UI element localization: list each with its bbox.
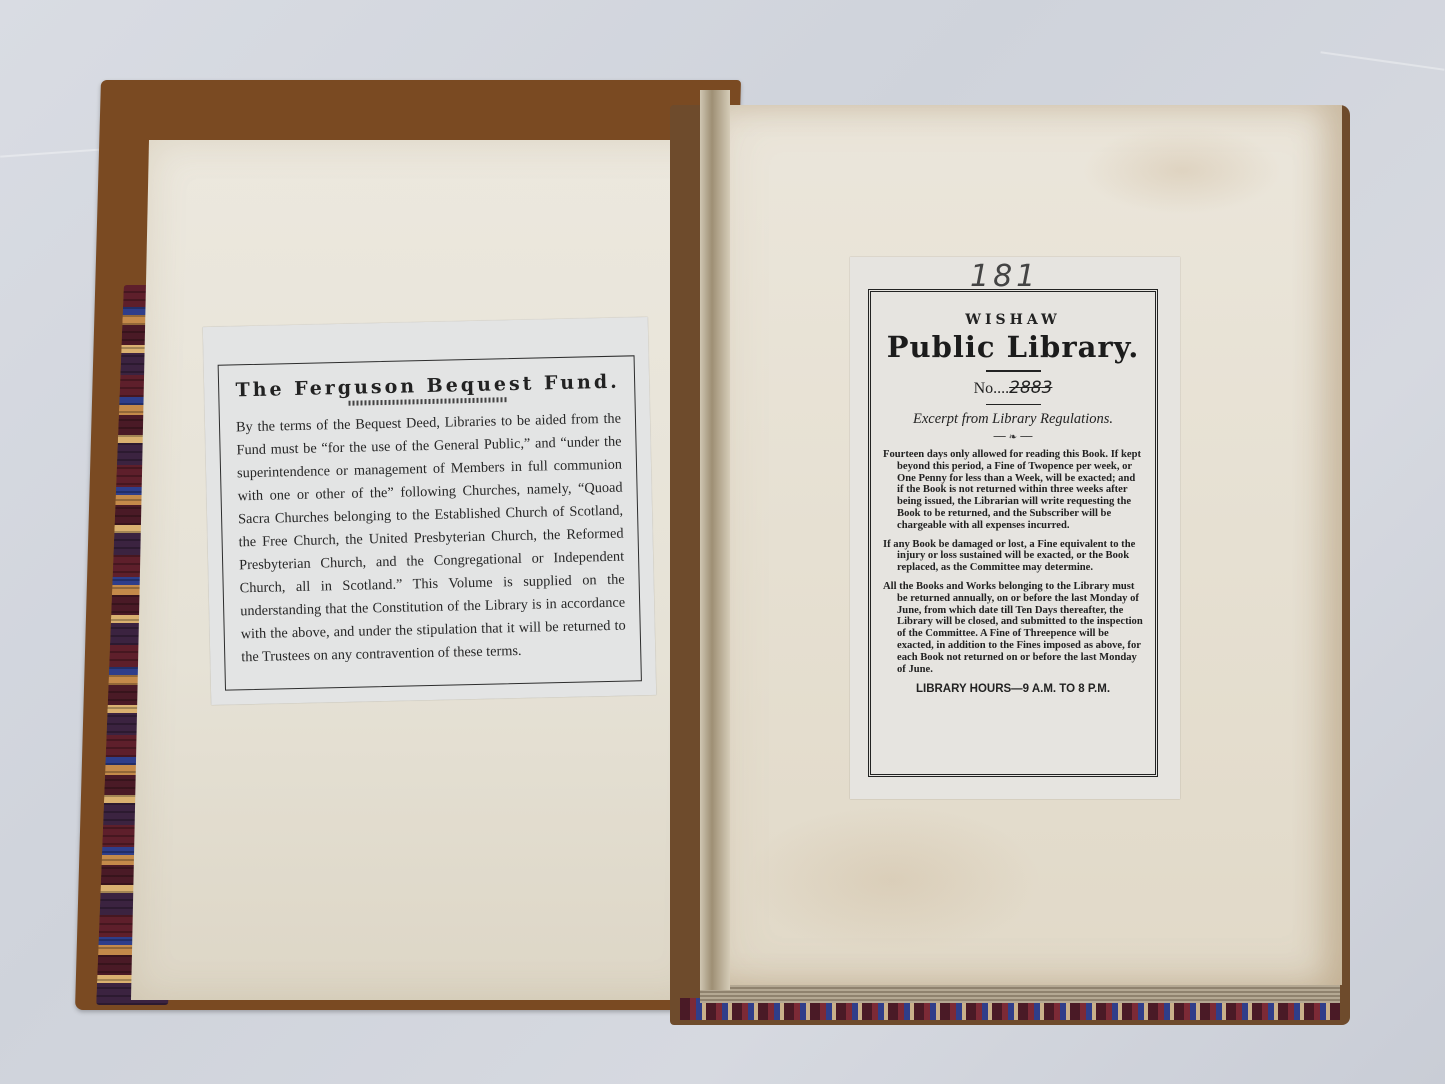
- bookplate-border: WISHAW Public Library. No....2883 Excerp…: [868, 289, 1158, 777]
- decorative-rule: [348, 397, 508, 406]
- regulations-heading: Excerpt from Library Regulations.: [883, 411, 1143, 428]
- book-spine-gutter: [700, 90, 730, 990]
- library-hours: LIBRARY HOURS—9 A.M. TO 8 P.M.: [883, 683, 1143, 695]
- foxing-stain: [1082, 125, 1282, 215]
- bookplate-title: The Ferguson Bequest Fund.: [235, 371, 620, 402]
- ornament-icon: ── ❧ ──: [883, 432, 1143, 443]
- library-town: WISHAW: [883, 312, 1143, 328]
- accession-number-line: No....2883: [883, 378, 1143, 398]
- wishaw-library-bookplate: 181 WISHAW Public Library. No....2883 Ex…: [850, 257, 1180, 799]
- ferguson-bequest-bookplate: The Ferguson Bequest Fund. By the terms …: [203, 317, 656, 705]
- regulation-paragraph: Fourteen days only allowed for reading t…: [883, 449, 1143, 532]
- library-title: Public Library.: [883, 330, 1143, 364]
- bookplate-body-text: By the terms of the Bequest Deed, Librar…: [236, 408, 627, 670]
- bookplate-border: The Ferguson Bequest Fund. By the terms …: [218, 355, 642, 690]
- accession-number: 2883: [1009, 378, 1052, 398]
- divider: [986, 370, 1041, 372]
- number-prefix: No....: [974, 380, 1010, 397]
- regulation-paragraph: If any Book be damaged or lost, a Fine e…: [883, 539, 1143, 574]
- regulation-paragraph: All the Books and Works belonging to the…: [883, 581, 1143, 675]
- foxing-stain: [742, 805, 1042, 955]
- divider: [986, 404, 1041, 406]
- surface-crease: [1320, 51, 1444, 70]
